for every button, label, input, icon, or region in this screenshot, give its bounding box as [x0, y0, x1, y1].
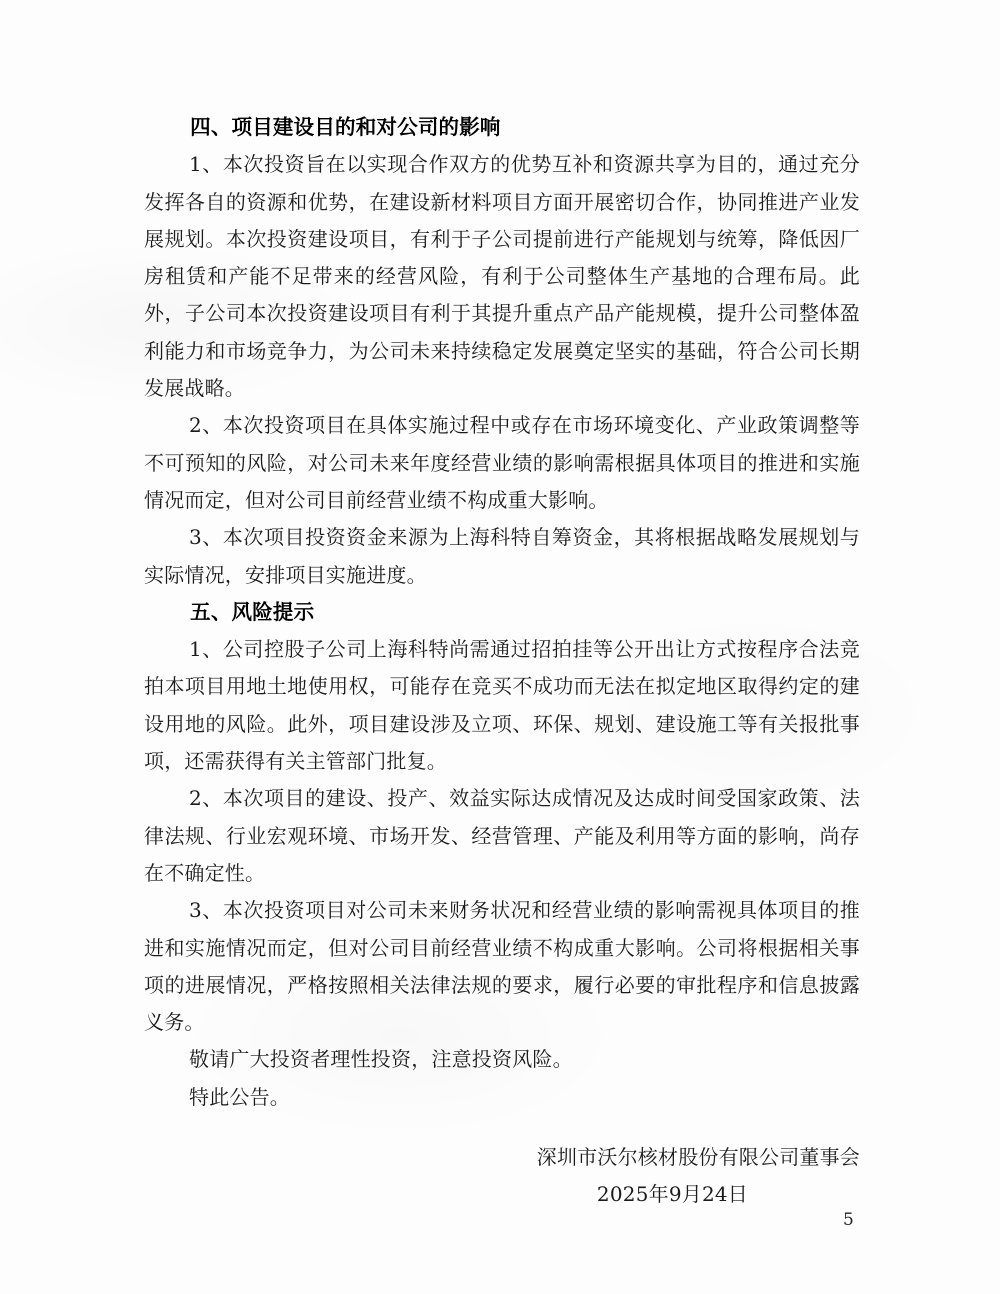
- paragraph-investor-reminder: 敬请广大投资者理性投资，注意投资风险。: [144, 1041, 860, 1078]
- signature-date: 2025年9月24日: [144, 1176, 860, 1213]
- paragraph-financial-impact: 3、本次投资项目对公司未来财务状况和经营业绩的影响需视具体项目的推进和实施情况而…: [144, 892, 860, 1041]
- signature-company-board: 深圳市沃尔核材股份有限公司董事会: [144, 1139, 860, 1176]
- section-heading-risk-notice: 五、风险提示: [144, 594, 860, 631]
- paragraph-announcement-closing: 特此公告。: [144, 1079, 860, 1116]
- page-number: 5: [843, 1210, 854, 1230]
- paragraph-uncertainty-risk: 2、本次项目的建设、投产、效益实际达成情况及达成时间受国家政策、法律法规、行业宏…: [144, 780, 860, 892]
- paragraph-funding-source: 3、本次项目投资资金来源为上海科特自筹资金，其将根据战略发展规划与实际情况，安排…: [144, 519, 860, 594]
- announcement-body: 四、项目建设目的和对公司的影响 1、本次投资旨在以实现合作双方的优势互补和资源共…: [0, 0, 1000, 1214]
- document-page: 四、项目建设目的和对公司的影响 1、本次投资旨在以实现合作双方的优势互补和资源共…: [0, 0, 1000, 1294]
- paragraph-investment-purpose: 1、本次投资旨在以实现合作双方的优势互补和资源共享为目的，通过充分发挥各自的资源…: [144, 146, 860, 407]
- section-heading-project-purpose: 四、项目建设目的和对公司的影响: [144, 109, 860, 146]
- signature-block: 深圳市沃尔核材股份有限公司董事会 2025年9月24日: [144, 1139, 860, 1214]
- paragraph-land-bidding-risk: 1、公司控股子公司上海科特尚需通过招拍挂等公开出让方式按程序合法竞拍本项目用地土…: [144, 631, 860, 780]
- paragraph-implementation-risk: 2、本次投资项目在具体实施过程中或存在市场环境变化、产业政策调整等不可预知的风险…: [144, 407, 860, 519]
